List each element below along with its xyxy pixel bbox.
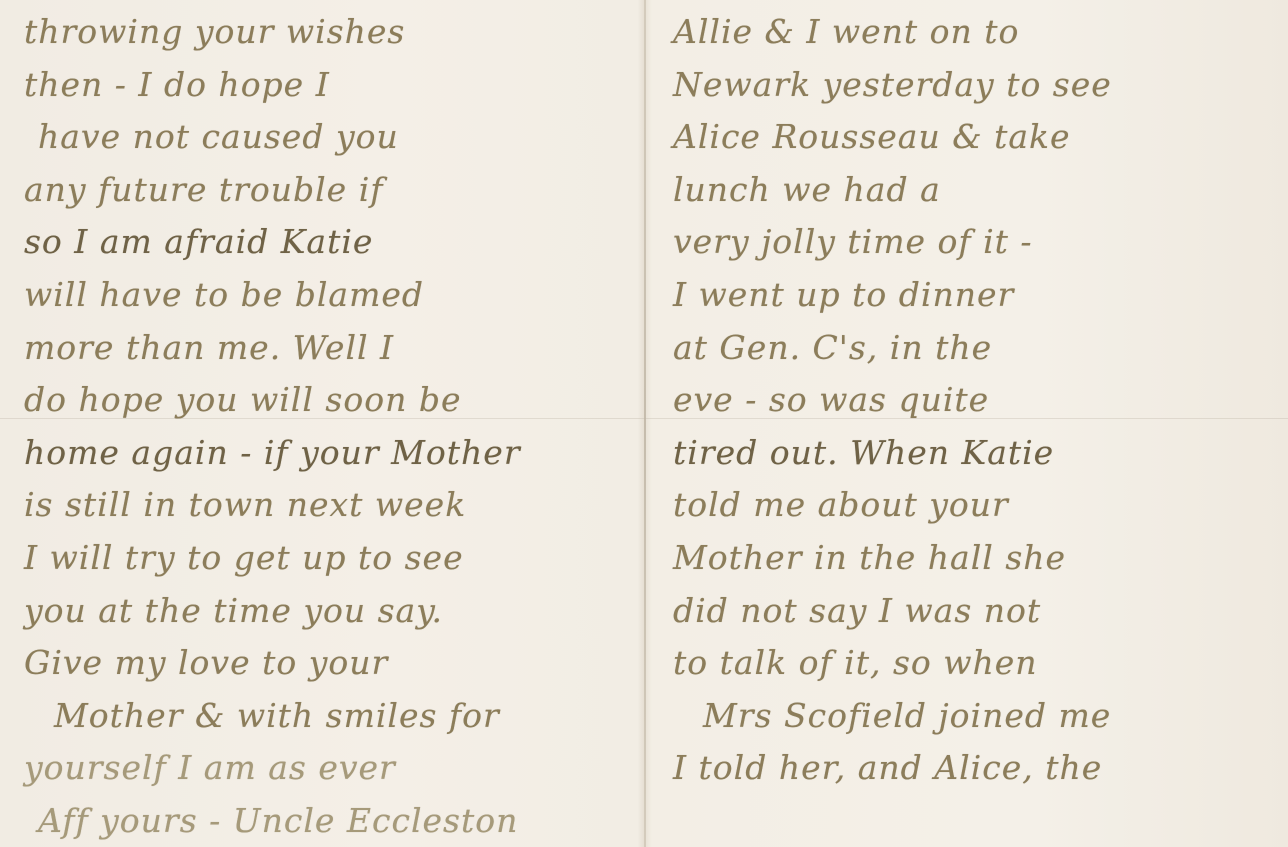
handwritten-line: at Gen. C's, in the — [673, 322, 1280, 375]
handwritten-line: you at the time you say. — [24, 585, 633, 638]
handwritten-line: told me about your — [673, 479, 1280, 532]
handwritten-line: will have to be blamed — [24, 269, 633, 322]
handwritten-line: do hope you will soon be — [24, 374, 633, 427]
letter-spread: throwing your wishes then - I do hope I … — [0, 0, 1288, 847]
handwritten-line: tired out. When Katie — [673, 427, 1280, 480]
handwritten-line: so I am afraid Katie — [24, 216, 633, 269]
left-page: throwing your wishes then - I do hope I … — [0, 0, 645, 847]
signature-line: Aff yours - Uncle Eccleston — [24, 795, 633, 847]
handwritten-line: then - I do hope I — [24, 59, 633, 112]
handwritten-line: did not say I was not — [673, 585, 1280, 638]
handwritten-line: I went up to dinner — [673, 269, 1280, 322]
handwritten-line: Mother & with smiles for — [24, 690, 633, 743]
handwritten-line: Newark yesterday to see — [673, 59, 1280, 112]
handwritten-line: Mother in the hall she — [673, 532, 1280, 585]
handwritten-line: yourself I am as ever — [24, 742, 633, 795]
handwritten-line: very jolly time of it - — [673, 216, 1280, 269]
handwritten-line: Alice Rousseau & take — [673, 111, 1280, 164]
handwritten-line: lunch we had a — [673, 164, 1280, 217]
handwritten-line: I told her, and Alice, the — [673, 742, 1280, 795]
handwritten-line: I will try to get up to see — [24, 532, 633, 585]
handwritten-line: Give my love to your — [24, 637, 633, 690]
handwritten-line: more than me. Well I — [24, 322, 633, 375]
handwritten-line: is still in town next week — [24, 479, 633, 532]
handwritten-line: eve - so was quite — [673, 374, 1280, 427]
handwritten-line: to talk of it, so when — [673, 637, 1280, 690]
handwritten-line: Mrs Scofield joined me — [673, 690, 1280, 743]
handwritten-line: have not caused you — [24, 111, 633, 164]
handwritten-line: Allie & I went on to — [673, 6, 1280, 59]
right-page: Allie & I went on to Newark yesterday to… — [645, 0, 1288, 847]
handwritten-line: home again - if your Mother — [24, 427, 633, 480]
handwritten-line: any future trouble if — [24, 164, 633, 217]
handwritten-line: throwing your wishes — [24, 6, 633, 59]
